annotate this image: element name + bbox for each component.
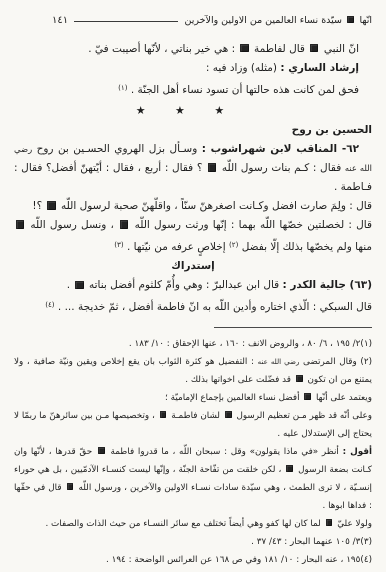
text-segment: قال ابن عبدالبرّ : وهي وأُمّ كلثوم أفضل … <box>67 279 283 291</box>
honorific-icon <box>304 393 311 400</box>
page-number: ١٤١ <box>52 14 68 28</box>
honorific-icon <box>47 201 55 209</box>
text-segment: (مثله) وزاد فيه : <box>206 62 281 74</box>
honorific-icon <box>310 44 318 52</box>
footnote-line: ويعتمد على أنّها أفضل نساء العالمين بإجم… <box>14 389 372 407</box>
honorific-icon <box>347 16 354 23</box>
paragraph: انّ النبي قال لفاطمة : هي خير بناتي ، لأ… <box>14 40 372 59</box>
footnote-line: (١)٢/ ١٩٥ ، ٦/ ٨٠ ، والروض الانف : ١٦٠ ،… <box>14 335 372 353</box>
text-segment: ولولا عليّ لما كان لها كفو وهي أيضاً تخت… <box>45 519 372 529</box>
text-segment: وعلى أنّه قد ظهر مـن تعظيم الرسول لشان ف… <box>14 411 372 439</box>
stars-divider: ★ ★ ★ <box>14 101 372 120</box>
honorific-icon <box>225 411 232 418</box>
text-segment: (٢) وقال المرتضى <box>299 357 372 367</box>
text-segment: قال : ولِمَ صارت افضل وكـانت اصغرهنّ سنّ… <box>32 200 372 212</box>
honorific-icon <box>67 483 74 490</box>
footnote-line: (٣)٣/ ١٠٥ عنهما البحار : ٤٣/ ٣٧ . <box>14 533 372 551</box>
text-segment: ويعتمد على أنّها أفضل نساء العالمين بإجم… <box>165 393 372 403</box>
text-segment: (١)٢/ ١٩٥ ، ٦/ ٨٠ ، والروض الانف : ١٦٠ ،… <box>129 339 372 349</box>
footnote-line: (٢) وقال المرتضى رضي الله عنه : التفضيل … <box>14 353 372 389</box>
text-segment: قال السبكي : الّذي اختاره وأدين اللّه به… <box>55 302 372 314</box>
text-segment: إرشاد الساري : <box>280 62 359 74</box>
text-segment: إستدراك <box>171 260 215 272</box>
honorific-icon <box>286 465 293 472</box>
text-segment: (٦٣) <box>346 279 372 291</box>
text-segment: أنظر «في ماذا يقولون» وقل : سبحان اللّه … <box>14 447 372 511</box>
text-segment: ★ ★ ★ <box>136 104 238 117</box>
text-segment: فحق لمن كانت هذه حالتها أن تسود نساء أهل… <box>128 84 360 96</box>
paragraph: قال : لخصلتين خصّها اللّه بهما : إنّها و… <box>14 216 372 257</box>
text-segment: فقال : كـم بنات رسول اللّه ؟ فقال : أربع… <box>14 162 372 193</box>
text-segment: (٤)١٩٥ ، عنه البحار : ١٠/ ١٨١ وفي ص ١٦٨ … <box>106 555 372 565</box>
running-title: انّها سيّدة نساء العالمين من الاولين وال… <box>185 14 372 28</box>
paragraph: ٦٢- المناقب لابن شهراشوب : وسـأل بزل اله… <box>14 140 372 197</box>
main-text: انّ النبي قال لفاطمة : هي خير بناتي ، لأ… <box>14 40 372 318</box>
footnote-line: وعلى أنّه قد ظهر مـن تعظيم الرسول لشان ف… <box>14 407 372 443</box>
text-segment: (٣)٣/ ١٠٥ عنهما البحار : ٤٣/ ٣٧ . <box>251 537 372 547</box>
text-segment: انّ النبي قال لفاطمة : هي خير بناتي ، لأ… <box>88 43 359 55</box>
honorific-icon <box>16 220 24 228</box>
page-header: انّها سيّدة نساء العالمين من الاولين وال… <box>14 14 372 28</box>
footnote-line: (٤)١٩٥ ، عنه البحار : ١٠/ ١٨١ وفي ص ١٦٨ … <box>14 551 372 569</box>
paragraph: قال : ولِمَ صارت افضل وكـانت اصغرهنّ سنّ… <box>14 197 372 216</box>
text-segment: أقول : <box>343 447 372 457</box>
footnotes: (١)٢/ ١٩٥ ، ٦/ ٨٠ ، والروض الانف : ١٦٠ ،… <box>14 335 372 569</box>
text-segment: رضي الله عنه <box>258 357 300 366</box>
text-segment: إخلاصٍ عرفه من نيّتها . <box>124 241 229 253</box>
text-segment: (٤) <box>45 300 54 309</box>
paragraph: (٦٣) جالية الكدر : قال ابن عبدالبرّ : وه… <box>14 276 372 295</box>
text-segment: ٦٢- <box>337 143 359 155</box>
text-segment: الحسين بن روح <box>292 124 372 136</box>
honorific-icon <box>326 519 333 526</box>
honorific-icon <box>296 375 303 382</box>
footnote-separator <box>214 327 372 328</box>
paragraph: قال السبكي : الّذي اختاره وأدين اللّه به… <box>14 295 372 317</box>
text-segment: (٣) <box>114 240 123 249</box>
book-page: انّها سيّدة نساء العالمين من الاولين وال… <box>0 0 386 572</box>
header-rule <box>74 21 178 22</box>
text-segment: (١) <box>118 83 127 92</box>
honorific-icon <box>75 281 83 289</box>
text-segment: جالية الكدر : <box>283 279 346 291</box>
honorific-icon <box>98 447 105 454</box>
text-segment: (٢) <box>229 240 238 249</box>
honorific-icon <box>240 44 248 52</box>
paragraph: إرشاد الساري : (مثله) وزاد فيه : <box>14 59 372 78</box>
paragraph: فحق لمن كانت هذه حالتها أن تسود نساء أهل… <box>14 78 372 100</box>
centered-heading: إستدراك <box>14 257 372 276</box>
honorific-icon <box>120 220 128 228</box>
footnote-line: ولولا عليّ لما كان لها كفو وهي أيضاً تخت… <box>14 515 372 533</box>
text-segment: المناقب لابن شهراشوب : <box>202 143 337 155</box>
honorific-icon <box>208 163 216 171</box>
honorific-icon <box>160 411 167 418</box>
text-segment: وسـأل بزل الهروي الحسـين بن روح <box>32 143 202 155</box>
section-heading: الحسين بن روح <box>14 121 372 140</box>
footnote-line: أقول : أنظر «في ماذا يقولون» وقل : سبحان… <box>14 443 372 515</box>
